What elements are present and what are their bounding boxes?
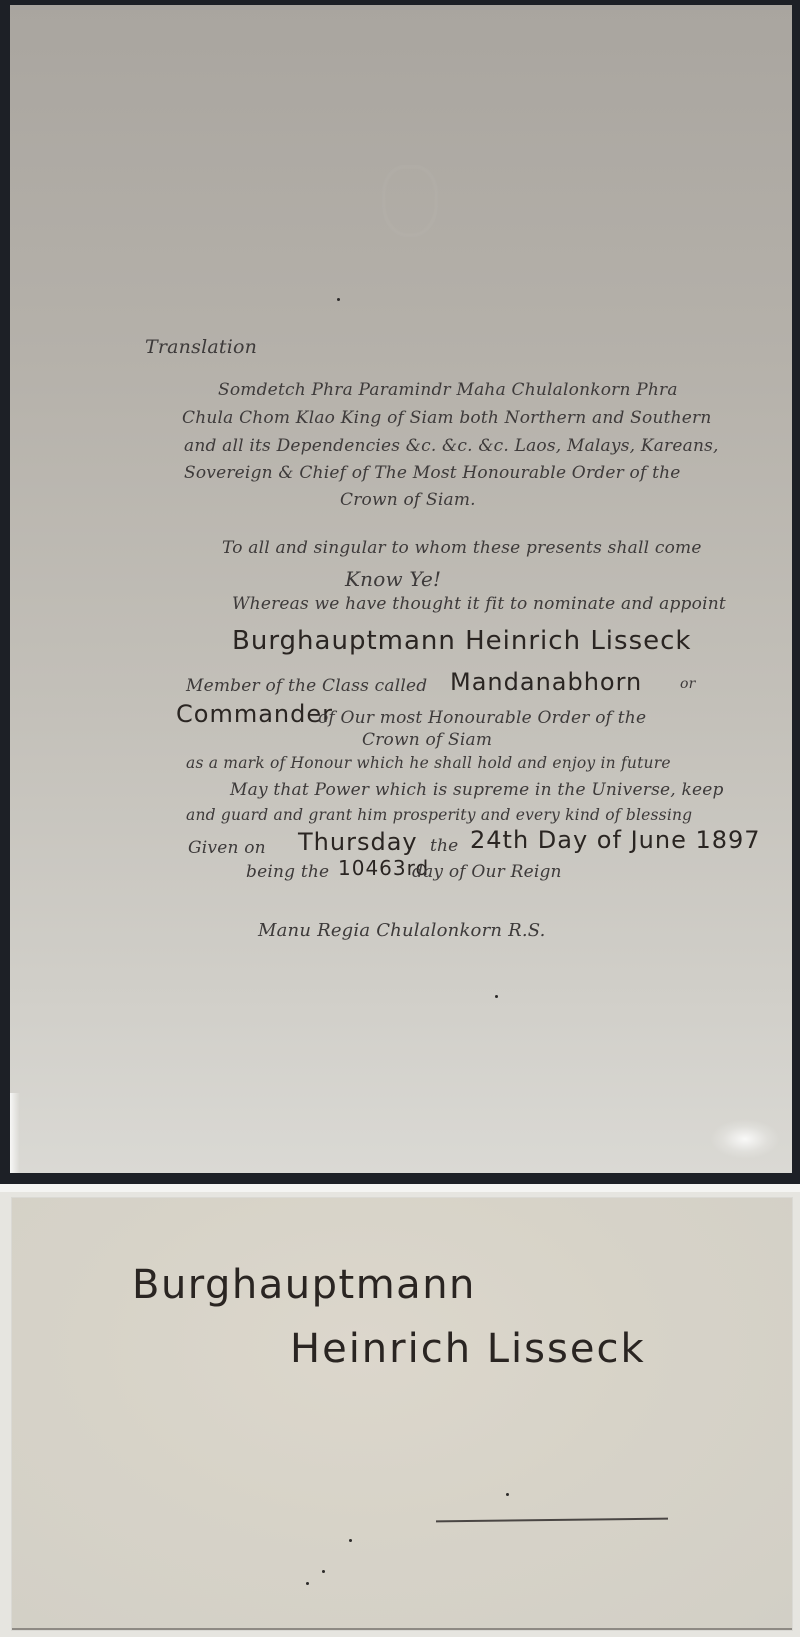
royal-title-line-4: Sovereign & Chief of The Most Honourable… <box>184 463 681 483</box>
ink-speck <box>322 1570 325 1573</box>
rank: Commander <box>176 700 333 728</box>
royal-title-line-3: and all its Dependencies &c. &c. &c. Lao… <box>184 436 719 456</box>
recipient-name: Burghauptmann Heinrich Lisseck <box>232 626 691 656</box>
honour-line: as a mark of Honour which he shall hold … <box>186 754 671 772</box>
ink-speck <box>495 995 498 998</box>
translation-heading: Translation <box>145 336 257 358</box>
ink-speck <box>349 1539 352 1542</box>
member-suffix: or <box>680 676 696 692</box>
know-ye: Know Ye! <box>345 567 441 591</box>
salutation: To all and singular to whom these presen… <box>222 538 702 558</box>
royal-title-line-1: Somdetch Phra Paramindr Maha Chulalonkor… <box>218 380 678 400</box>
reign-prefix: being the <box>246 862 329 882</box>
class-name: Mandanabhorn <box>450 668 642 696</box>
glass-glare <box>710 1119 780 1159</box>
reign-suffix: day of Our Reign <box>412 862 562 882</box>
royal-signature: Manu Regia Chulalonkorn R.S. <box>258 920 546 941</box>
ink-speck <box>337 298 340 301</box>
blessing-line-2: and guard and grant him prosperity and e… <box>186 806 692 824</box>
glass-glare-left <box>10 1093 20 1173</box>
order-line: of Our most Honourable Order of the <box>318 708 646 728</box>
card-line-1: Burghauptmann <box>132 1262 476 1308</box>
embossed-crest-icon <box>382 165 438 237</box>
order-name: Crown of Siam <box>362 730 492 750</box>
whereas-line: Whereas we have thought it fit to nomina… <box>232 594 726 614</box>
blessing-line-1: May that Power which is supreme in the U… <box>230 780 724 800</box>
member-prefix: Member of the Class called <box>186 676 427 696</box>
card-line-2: Heinrich Lisseck <box>290 1326 646 1372</box>
royal-title-line-5: Crown of Siam. <box>340 490 476 510</box>
ink-speck <box>506 1493 509 1496</box>
royal-title-line-2: Chula Chom Klao King of Siam both Northe… <box>182 408 712 428</box>
given-day: Thursday <box>298 828 418 856</box>
given-date: 24th Day of June 1897 <box>470 826 761 854</box>
given-the: the <box>430 836 458 856</box>
given-prefix: Given on <box>188 838 266 858</box>
ink-speck <box>306 1582 309 1585</box>
